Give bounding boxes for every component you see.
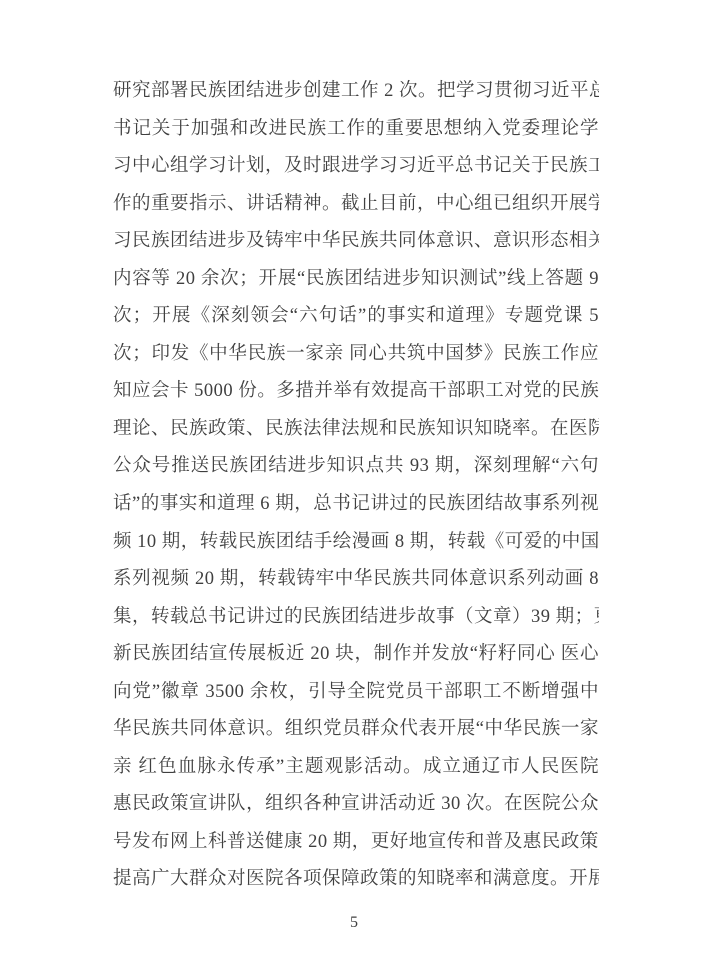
text-line: 研究部署民族团结进步创建工作 2 次。把学习贯彻习近平总 xyxy=(113,73,599,111)
text-line: 次；印发《中华民族一家亲 同心共筑中国梦》民族工作应 xyxy=(113,336,599,374)
text-line: 次；开展《深刻领会“六句话”的事实和道理》专题党课 5 xyxy=(113,298,599,336)
text-line: 提高广大群众对医院各项保障政策的知晓率和满意度。开展 xyxy=(113,861,599,899)
text-line: 号发布网上科普送健康 20 期，更好地宣传和普及惠民政策， xyxy=(113,824,599,862)
text-line: 亲 红色血脉永传承”主题观影活动。成立通辽市人民医院 xyxy=(113,749,599,787)
text-line: 书记关于加强和改进民族工作的重要思想纳入党委理论学 xyxy=(113,111,599,149)
text-line: 话”的事实和道理 6 期，总书记讲过的民族团结故事系列视 xyxy=(113,486,599,524)
document-body-text: 研究部署民族团结进步创建工作 2 次。把学习贯彻习近平总 书记关于加强和改进民族… xyxy=(113,73,599,899)
text-line: 惠民政策宣讲队，组织各种宣讲活动近 30 次。在医院公众 xyxy=(113,786,599,824)
text-line: 集，转载总书记讲过的民族团结进步故事（文章）39 期；更 xyxy=(113,599,599,637)
document-page: 研究部署民族团结进步创建工作 2 次。把学习贯彻习近平总 书记关于加强和改进民族… xyxy=(0,0,708,973)
text-line: 系列视频 20 期，转载铸牢中华民族共同体意识系列动画 8 xyxy=(113,561,599,599)
text-line: 向党”徽章 3500 余枚，引导全院党员干部职工不断增强中 xyxy=(113,674,599,712)
text-line: 内容等 20 余次；开展“民族团结进步知识测试”线上答题 9 xyxy=(113,261,599,299)
text-line: 公众号推送民族团结进步知识点共 93 期，深刻理解“六句 xyxy=(113,448,599,486)
text-line: 频 10 期，转载民族团结手绘漫画 8 期，转载《可爱的中国》 xyxy=(113,524,599,562)
text-line: 习民族团结进步及铸牢中华民族共同体意识、意识形态相关 xyxy=(113,223,599,261)
text-line: 理论、民族政策、民族法律法规和民族知识知晓率。在医院 xyxy=(113,411,599,449)
text-line: 作的重要指示、讲话精神。截止目前，中心组已组织开展学 xyxy=(113,186,599,224)
text-line: 华民族共同体意识。组织党员群众代表开展“中华民族一家 xyxy=(113,711,599,749)
text-line: 知应会卡 5000 份。多措并举有效提高干部职工对党的民族 xyxy=(113,373,599,411)
text-line: 新民族团结宣传展板近 20 块，制作并发放“籽籽同心 医心 xyxy=(113,636,599,674)
text-line: 习中心组学习计划，及时跟进学习习近平总书记关于民族工 xyxy=(113,148,599,186)
page-number: 5 xyxy=(0,913,708,933)
